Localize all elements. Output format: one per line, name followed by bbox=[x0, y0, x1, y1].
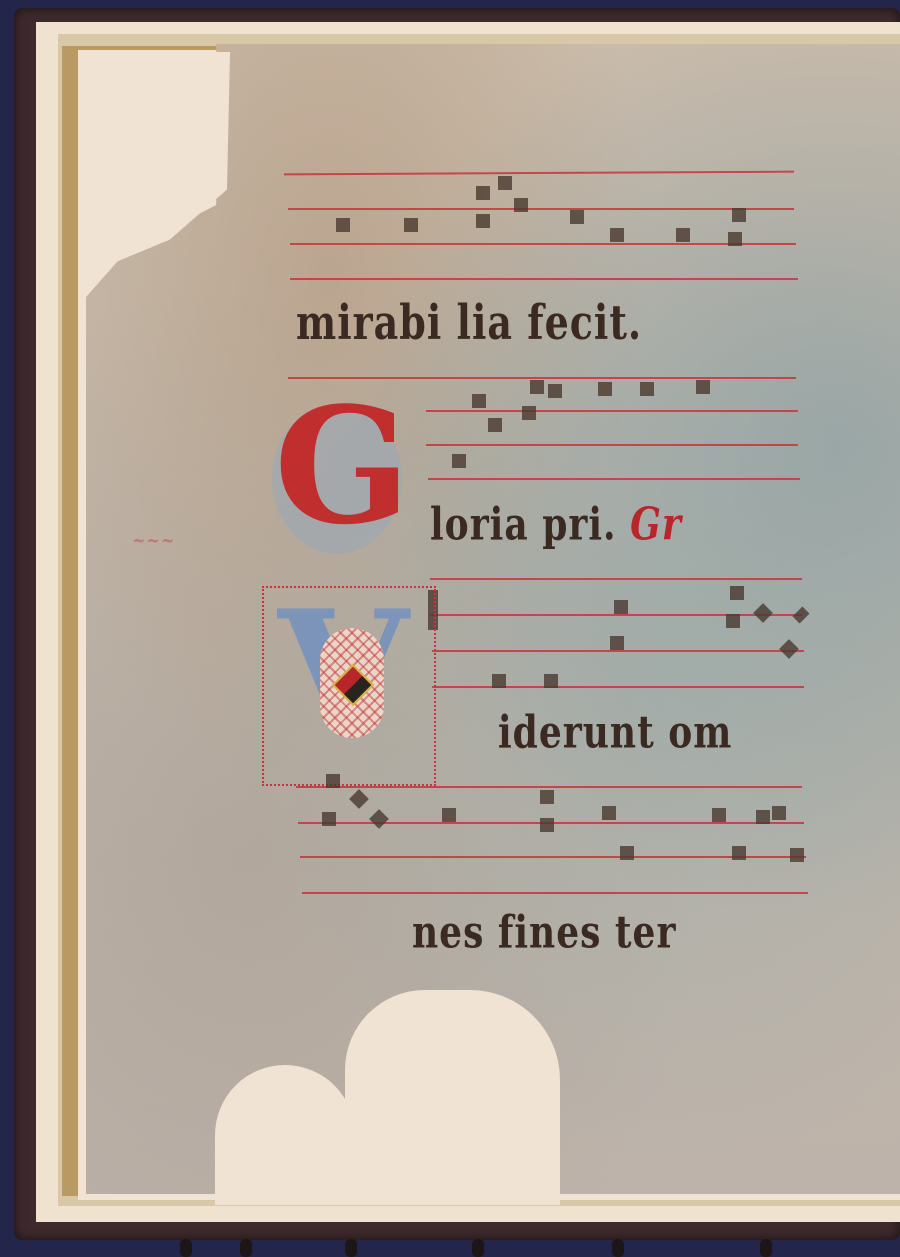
faded-margin-note: ~~~ bbox=[132, 528, 175, 552]
staff-line bbox=[426, 444, 798, 446]
neume bbox=[610, 228, 624, 242]
binding-stud bbox=[345, 1239, 357, 1257]
neume bbox=[676, 228, 690, 242]
lyric-line-3: iderunt om bbox=[498, 706, 732, 759]
neume bbox=[610, 636, 624, 650]
binding-stud bbox=[180, 1239, 192, 1257]
neume bbox=[514, 198, 528, 212]
neume bbox=[498, 176, 512, 190]
neume bbox=[732, 208, 746, 222]
binding-stud bbox=[472, 1239, 484, 1257]
neume bbox=[548, 384, 562, 398]
neume bbox=[790, 848, 804, 862]
neume bbox=[540, 818, 554, 832]
neume bbox=[614, 600, 628, 614]
neume bbox=[756, 810, 770, 824]
neume bbox=[492, 674, 506, 688]
rubric-text: Gr bbox=[630, 498, 682, 551]
neume bbox=[620, 846, 634, 860]
neume bbox=[404, 218, 418, 232]
neume bbox=[522, 406, 536, 420]
staff-line bbox=[430, 614, 802, 616]
neume bbox=[322, 812, 336, 826]
neume bbox=[442, 808, 456, 822]
illuminated-initial-g: G bbox=[272, 404, 402, 554]
neume bbox=[732, 846, 746, 860]
staff-line bbox=[426, 410, 798, 412]
neume bbox=[602, 806, 616, 820]
staff-line bbox=[432, 686, 804, 688]
illuminated-initial-v: V bbox=[262, 586, 436, 786]
staff-line bbox=[290, 278, 798, 280]
lyric-line-1: mirabi lia fecit. bbox=[296, 294, 642, 350]
neume bbox=[472, 394, 486, 408]
lyric-line-2: loria pri. Gr bbox=[430, 498, 682, 551]
neume bbox=[696, 380, 710, 394]
neume bbox=[598, 382, 612, 396]
neume bbox=[726, 614, 740, 628]
neume bbox=[530, 380, 544, 394]
repair-patch bbox=[345, 990, 560, 1205]
staff-line bbox=[288, 208, 794, 210]
neume bbox=[452, 454, 466, 468]
initial-letter: G bbox=[274, 386, 411, 546]
neume bbox=[730, 586, 744, 600]
staff-line bbox=[296, 786, 802, 788]
neume bbox=[712, 808, 726, 822]
staff-line bbox=[430, 578, 802, 580]
staff-line bbox=[290, 243, 796, 245]
lyric-line-4: nes fines ter bbox=[412, 906, 676, 959]
repair-patch bbox=[215, 1180, 560, 1204]
neume bbox=[540, 790, 554, 804]
neume bbox=[336, 218, 350, 232]
neume bbox=[476, 186, 490, 200]
neume bbox=[728, 232, 742, 246]
neume bbox=[640, 382, 654, 396]
staff-line bbox=[432, 650, 804, 652]
neume bbox=[326, 774, 340, 788]
neume bbox=[476, 214, 490, 228]
neume bbox=[544, 674, 558, 688]
binding-stud bbox=[760, 1239, 772, 1257]
neume bbox=[570, 210, 584, 224]
neume bbox=[488, 418, 502, 432]
binding-stud bbox=[612, 1239, 624, 1257]
staff-line bbox=[300, 856, 806, 858]
staff-line bbox=[302, 892, 808, 894]
binding-stud bbox=[240, 1239, 252, 1257]
neume bbox=[772, 806, 786, 820]
lyric-text: loria pri. bbox=[430, 498, 630, 551]
staff-line bbox=[428, 478, 800, 480]
